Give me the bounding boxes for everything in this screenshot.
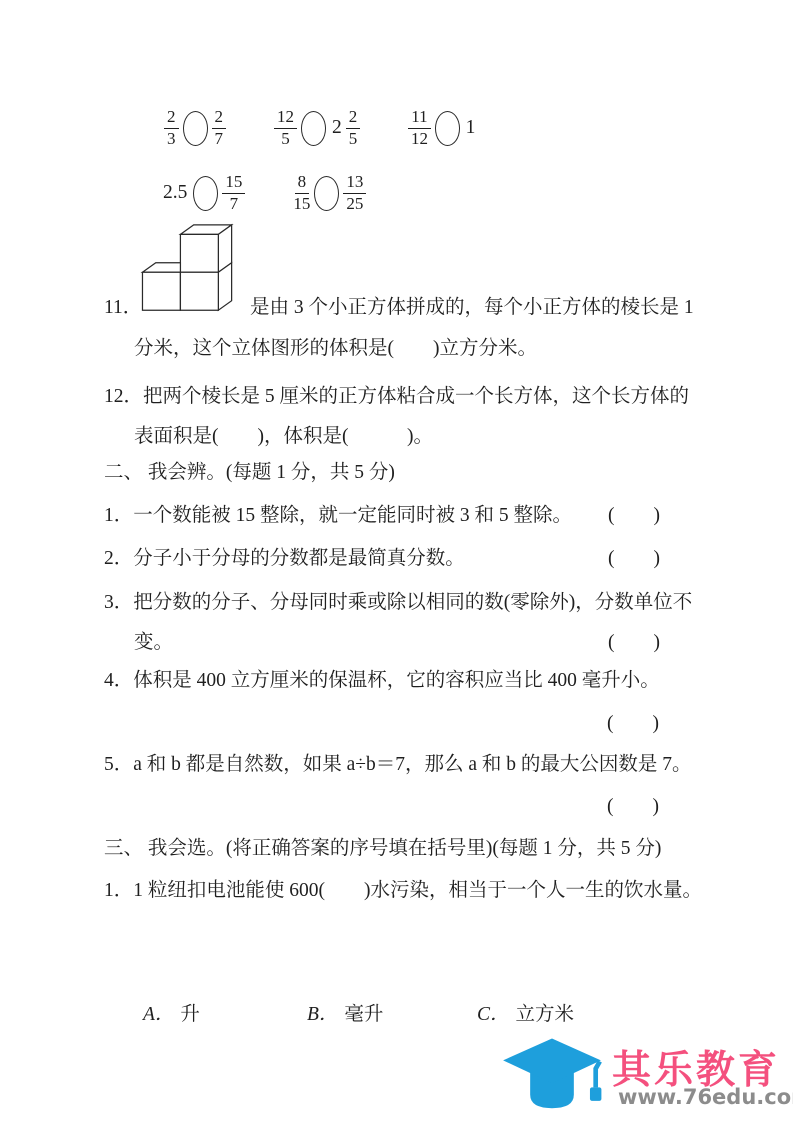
choice-option: A．升 bbox=[143, 998, 200, 1026]
s2-question-2: 2．分子小于分母的分数都是最简真分数。 ( ) bbox=[104, 547, 660, 571]
s2-question-3-line1: 3．把分数的分子、分母同时乘或除以相同的数(零除外)，分数单位不 bbox=[104, 591, 692, 615]
answer-bracket: ( ) bbox=[608, 547, 660, 571]
cube-top-face bbox=[142, 263, 180, 272]
number-text: 2.5 bbox=[163, 182, 187, 204]
choice-option: B．毫升 bbox=[307, 998, 383, 1026]
question-12-line2: 表面积是( )，体积是( )。 bbox=[134, 425, 433, 449]
choice-options-row: A．升B．毫升C．立方米 bbox=[0, 998, 793, 1028]
cube-front-face bbox=[180, 272, 218, 310]
comparison-item: 8151325 bbox=[292, 173, 367, 213]
comparison-circle bbox=[183, 111, 208, 146]
section-2-header: 二、 我会辨。(每题 1 分，共 5 分) bbox=[104, 461, 395, 485]
comparison-circle bbox=[435, 111, 460, 146]
s3-question-1: 1．1 粒纽扣电池能使 600( )水污染，相当于一个人一生的饮水量。 bbox=[104, 879, 702, 903]
option-letter: C． bbox=[477, 1004, 510, 1025]
option-letter: A． bbox=[143, 1004, 174, 1025]
fraction: 1325 bbox=[343, 173, 366, 213]
fraction: 157 bbox=[222, 173, 245, 213]
answer-bracket: ( ) bbox=[607, 712, 659, 736]
number-text: 2 bbox=[332, 117, 342, 139]
graduation-cap-icon bbox=[500, 1035, 604, 1119]
option-letter: B． bbox=[307, 1004, 338, 1025]
comparison-row-2: 2.51578151325 bbox=[160, 168, 367, 218]
choice-option: C．立方米 bbox=[477, 998, 574, 1026]
publisher-logo: 其乐教育 www.76edu.com bbox=[500, 1035, 790, 1119]
s2-question-5-line1: 5．a 和 b 都是自然数，如果 a÷b＝7，那么 a 和 b 的最大公因数是 … bbox=[104, 753, 692, 777]
number-text: 1 bbox=[466, 117, 476, 139]
comparison-circle bbox=[193, 176, 218, 211]
cubes-figure bbox=[127, 222, 249, 314]
question-12-line1: 12．把两个棱长是 5 厘米的正方体粘合成一个长方体，这个长方体的 bbox=[104, 385, 689, 409]
comparison-row-1: 232712522511121 bbox=[163, 103, 478, 153]
question-11-line2: 分米，这个立体图形的体积是( )立方分米。 bbox=[134, 337, 537, 361]
fraction: 1112 bbox=[408, 108, 430, 148]
comparison-circle bbox=[314, 176, 339, 211]
cube-front-face bbox=[142, 272, 180, 310]
comparison-circle bbox=[301, 111, 326, 146]
option-text: 毫升 bbox=[344, 1004, 383, 1025]
fraction: 815 bbox=[293, 173, 310, 213]
section-3-header: 三、 我会选。(将正确答案的序号填在括号里)(每题 1 分，共 5 分) bbox=[104, 837, 661, 861]
option-text: 立方米 bbox=[516, 1004, 575, 1025]
logo-url: www.76edu.com bbox=[618, 1085, 793, 1109]
comparison-item: 2.5157 bbox=[160, 173, 246, 213]
cube-front-face bbox=[180, 234, 218, 272]
s2-q3-text2: 变。 bbox=[134, 631, 173, 655]
s2-q2-text: 2．分子小于分母的分数都是最简真分数。 bbox=[104, 547, 465, 571]
exam-paper-page: 232712522511121 2.51578151325 11． 是由 3 个… bbox=[0, 0, 793, 1122]
s2-question-4-line1: 4．体积是 400 立方厘米的保温杯，它的容积应当比 400 毫升小。 bbox=[104, 669, 660, 693]
option-text: 升 bbox=[180, 1004, 200, 1025]
s2-question-1: 1．一个数能被 15 整除，就一定能同时被 3 和 5 整除。 ( ) bbox=[104, 504, 660, 528]
fraction: 125 bbox=[274, 108, 297, 148]
answer-bracket: ( ) bbox=[608, 504, 660, 528]
fraction: 25 bbox=[346, 108, 361, 148]
question-11-line1: 是由 3 个小正方体拼成的，每个小正方体的棱长是 1 bbox=[250, 296, 694, 320]
comparison-item: 125225 bbox=[273, 108, 361, 148]
answer-bracket: ( ) bbox=[608, 631, 660, 655]
s2-question-3-line2: 变。 ( ) bbox=[134, 631, 660, 655]
question-11-number: 11． bbox=[104, 296, 142, 320]
s2-q1-text: 1．一个数能被 15 整除，就一定能同时被 3 和 5 整除。 bbox=[104, 504, 572, 528]
comparison-item: 2327 bbox=[163, 108, 227, 148]
answer-bracket: ( ) bbox=[607, 795, 659, 819]
fraction: 23 bbox=[164, 108, 179, 148]
fraction: 27 bbox=[212, 108, 227, 148]
comparison-item: 11121 bbox=[407, 108, 478, 148]
